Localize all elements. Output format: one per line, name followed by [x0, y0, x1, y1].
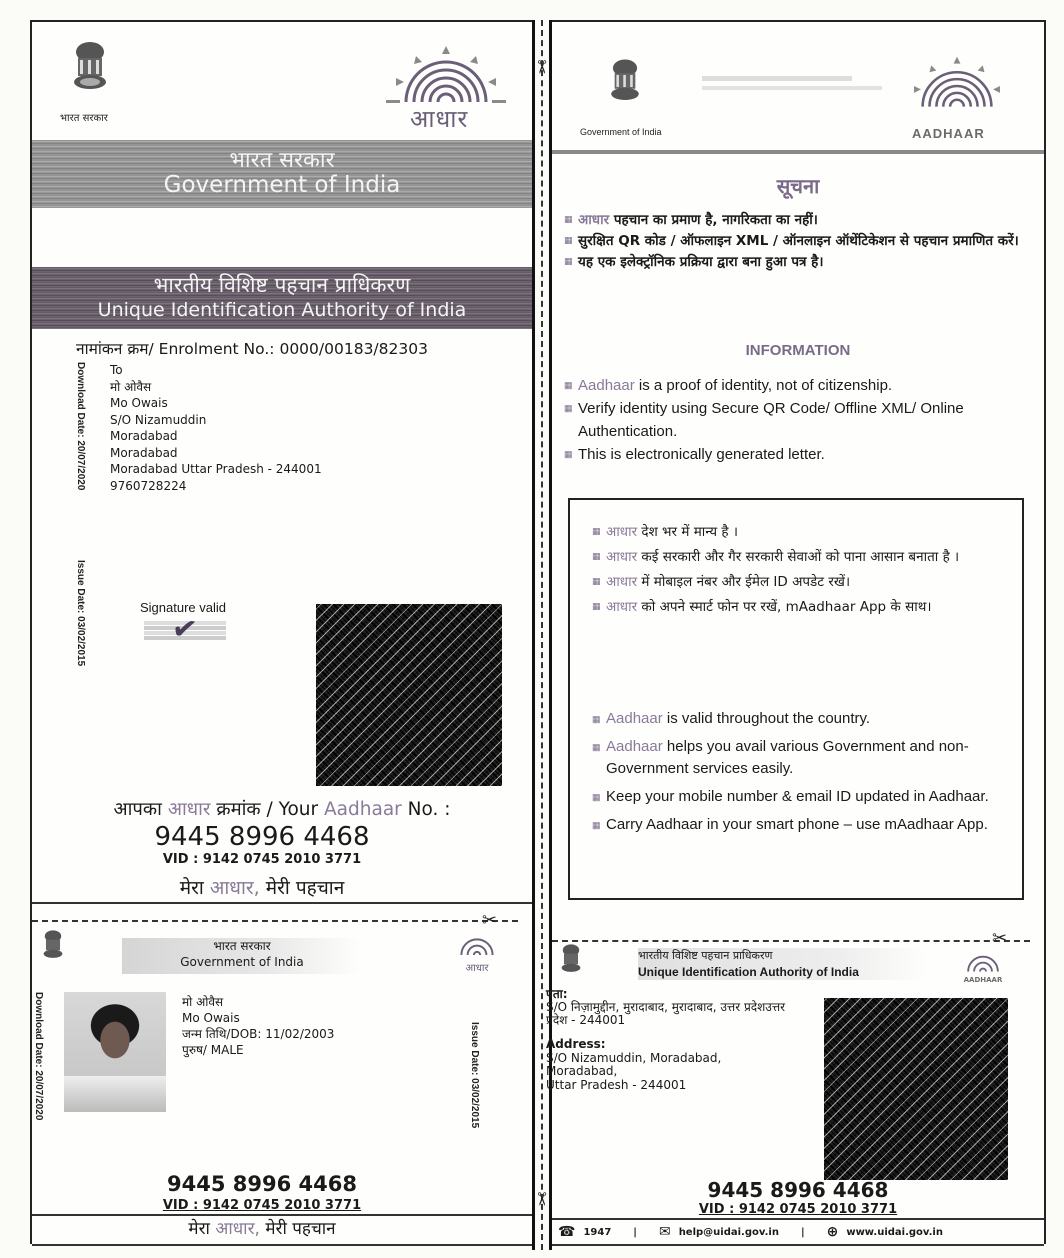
hindi-info-heading: सूचना [552, 172, 1044, 199]
card-aadhaar-number: 9445 8996 4468 [32, 1172, 492, 1196]
redacted-band [702, 86, 882, 90]
list-item: आधार को अपने स्मार्ट फोन पर रखें, mAadha… [592, 597, 992, 618]
box-hindi-list: आधार देश भर में मान्य है । आधार कई सरकार… [592, 522, 992, 618]
holder-gender: पुरुष/ MALE [182, 1042, 334, 1058]
aadhaar-logo: आधार [382, 44, 510, 134]
card-gov-band: भारत सरकार Government of India [122, 938, 362, 974]
emblem-caption: भारत सरकार [60, 110, 108, 124]
tagline: मेरा आधार, मेरी पहचान [32, 874, 492, 900]
holder-photo [64, 992, 166, 1112]
list-item: सुरक्षित QR कोड / ऑफलाइन XML / ऑनलाइन ऑथ… [564, 231, 1024, 252]
government-band: भारत सरकार Government of India [32, 140, 532, 208]
aadhaar-logo: AADHAAR [956, 950, 1010, 984]
card-holder-details: मो ओवैस Mo Owais जन्म तिथि/DOB: 11/02/20… [182, 994, 334, 1058]
card-issue-date: Issue Date: 03/02/2015 [469, 1022, 480, 1128]
card-address: Address: S/O Nizamuddin, Moradabad, Mora… [546, 1038, 721, 1092]
list-item: Verify identity using Secure QR Code/ Of… [564, 397, 1034, 443]
list-item: आधार में मोबाइल नंबर और ईमेल ID अपडेट रख… [592, 572, 992, 593]
recipient-address: To मो ओवैस Mo Owais S/O Nizamuddin Morad… [110, 362, 322, 494]
english-info-heading: INFORMATION [552, 342, 1044, 359]
card-vid-number: VID : 9142 0745 2010 3771 [32, 1198, 492, 1213]
uidai-band-english: Unique Identification Authority of India [32, 299, 532, 321]
holder-dob: जन्म तिथि/DOB: 11/02/2003 [182, 1026, 334, 1042]
card-vid-number: VID : 9142 0745 2010 3771 [592, 1202, 1004, 1217]
phone-icon: ☎ [558, 1224, 575, 1240]
section-rule [552, 1244, 1044, 1246]
card-qr-code [824, 998, 1008, 1180]
globe-icon: ⊕ [827, 1224, 839, 1240]
card-tagline: मेरा आधार, मेरी पहचान [32, 1216, 492, 1239]
list-item: यह एक इलेक्ट्रॉनिक प्रक्रिया द्वारा बना … [564, 252, 1024, 273]
box-english-list: Aadhaar is valid throughout the country.… [592, 708, 992, 836]
national-emblem-icon [40, 928, 66, 962]
letter-back-panel: Government of India AADHAAR सूचना आधार प… [552, 20, 1046, 1244]
emblem-caption: Government of India [580, 127, 662, 137]
national-emblem-icon [68, 38, 112, 96]
english-info-list: Aadhaar is a proof of identity, not of c… [564, 374, 1034, 466]
vid-number: VID : 9142 0745 2010 3771 [32, 852, 492, 867]
website-link[interactable]: www.uidai.gov.in [846, 1227, 943, 1238]
card-download-date: Download Date: 20/07/2020 [33, 992, 44, 1120]
scissors-icon: ✂ [992, 930, 1007, 948]
card-uidai-band: भारतीय विशिष्ट पहचान प्राधिकरण Unique Id… [638, 948, 928, 980]
aadhaar-logo: AADHAAR [902, 52, 1012, 132]
list-item: Aadhaar is a proof of identity, not of c… [564, 374, 1034, 397]
list-item: आधार कई सरकारी और गैर सरकारी सेवाओं को प… [592, 547, 992, 568]
card-aadhaar-number: 9445 8996 4468 [592, 1178, 1004, 1202]
section-rule [552, 1218, 1044, 1220]
cut-line [552, 940, 1030, 942]
letter-front-panel: भारत सरकार आधार भारत सरकार Government of… [30, 20, 532, 1244]
help-email[interactable]: help@uidai.gov.in [679, 1227, 779, 1238]
section-rule [552, 150, 1044, 154]
helpline-number: 1947 [583, 1227, 611, 1238]
hindi-info-list: आधार पहचान का प्रमाण है, नागरिकता का नही… [564, 210, 1024, 273]
info-box: आधार देश भर में मान्य है । आधार कई सरकार… [568, 498, 1024, 900]
section-rule [32, 1244, 532, 1246]
download-date: Download Date: 20/07/2020 [75, 362, 86, 490]
holder-name: Mo Owais [182, 1010, 334, 1026]
uidai-band: भारतीय विशिष्ट पहचान प्राधिकरण Unique Id… [32, 267, 532, 329]
cut-line [32, 920, 518, 922]
gov-band-hindi: भारत सरकार [32, 144, 532, 174]
list-item: आधार पहचान का प्रमाण है, नागरिकता का नही… [564, 210, 1024, 231]
mobile-number: 9760728224 [110, 478, 322, 495]
qr-code [316, 604, 502, 786]
list-item: Aadhaar is valid throughout the country. [592, 708, 992, 730]
gov-band-english: Government of India [32, 172, 532, 198]
section-rule [32, 902, 532, 904]
mail-icon: ✉ [659, 1224, 671, 1240]
aadhaar-number: 9445 8996 4468 [32, 822, 492, 852]
aadhaar-logo-text: आधार [410, 102, 468, 135]
list-item: This is electronically generated letter. [564, 443, 1034, 466]
scissors-icon: ✂ [532, 1191, 550, 1206]
recipient-name: Mo Owais [110, 395, 322, 412]
issue-date: Issue Date: 03/02/2015 [75, 560, 86, 666]
redacted-band [702, 76, 852, 81]
scissors-icon: ✂ [532, 59, 550, 74]
list-item: Keep your mobile number & email ID updat… [592, 786, 992, 808]
footer-contacts: ☎ 1947 | ✉ help@uidai.gov.in | ⊕ www.uid… [558, 1224, 943, 1240]
aadhaar-logo: आधार [452, 932, 502, 974]
checkmark-icon: ✔ [170, 610, 200, 648]
uidai-band-hindi: भारतीय विशिष्ट पहचान प्राधिकरण [32, 271, 532, 299]
aadhaar-number-label: आपका आधार क्रमांक / Your Aadhaar No. : [32, 796, 532, 821]
enrolment-number: नामांकन क्रम/ Enrolment No.: 0000/00183/… [76, 337, 428, 359]
list-item: Aadhaar helps you avail various Governme… [592, 736, 992, 780]
list-item: आधार देश भर में मान्य है । [592, 522, 992, 543]
card-address-hindi: पता: S/O निज़ामुद्दीन, मुरादाबाद, मुरादा… [546, 988, 796, 1027]
list-item: Carry Aadhaar in your smart phone – use … [592, 814, 992, 836]
national-emblem-icon [606, 56, 644, 106]
fingerprint-sun-icon [902, 52, 1012, 132]
enrolment-no-value: 0000/00183/82303 [279, 340, 428, 358]
scissors-icon: ✂ [482, 912, 497, 930]
national-emblem-icon [558, 942, 584, 976]
